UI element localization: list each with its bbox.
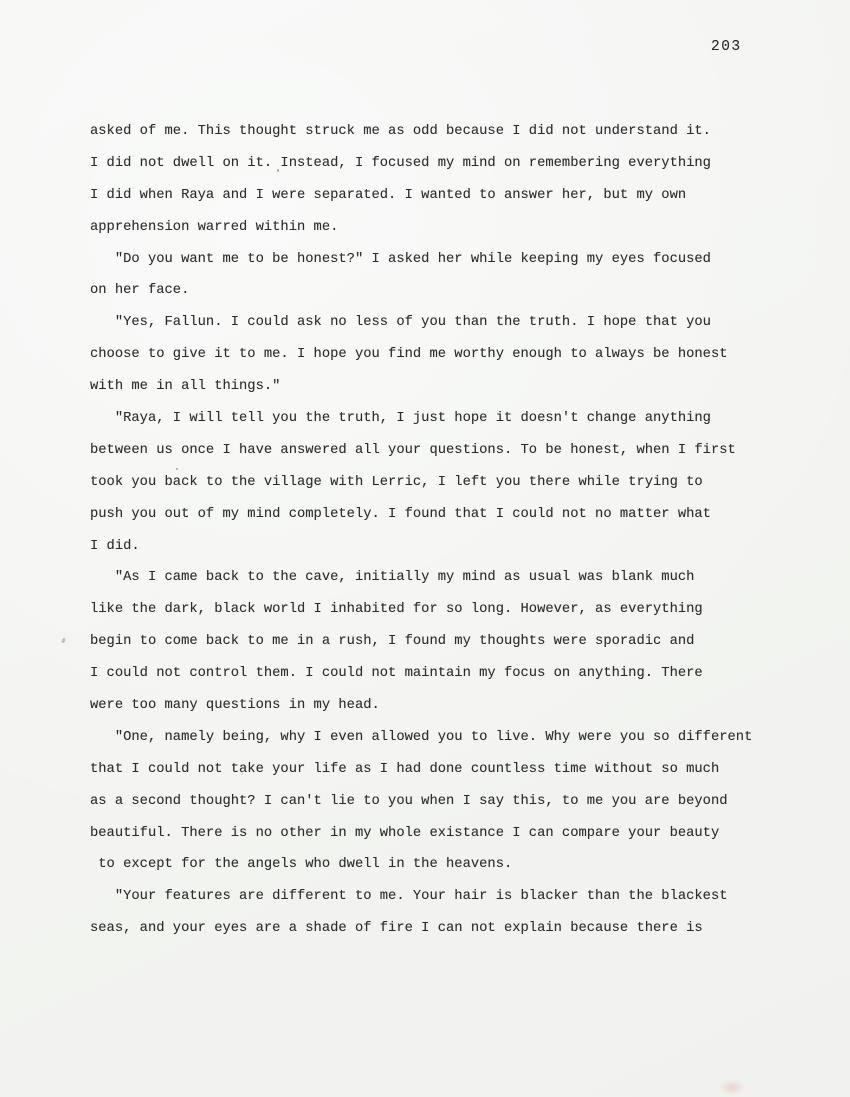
manuscript-line: begin to come back to me in a rush, I fo… xyxy=(90,626,752,658)
manuscript-line: I did. xyxy=(90,531,752,563)
manuscript-line: I did not dwell on it. Instead, I focuse… xyxy=(90,148,752,180)
manuscript-line: "Yes, Fallun. I could ask no less of you… xyxy=(90,307,752,339)
manuscript-line: that I could not take your life as I had… xyxy=(90,754,752,786)
paragraph: "As I came back to the cave, initially m… xyxy=(90,562,752,721)
paragraph: "Your features are different to me. Your… xyxy=(90,881,752,945)
paragraph: "Do you want me to be honest?" I asked h… xyxy=(90,244,752,308)
manuscript-line: were too many questions in my head. xyxy=(90,690,752,722)
manuscript-line: as a second thought? I can't lie to you … xyxy=(90,786,752,818)
pink-smudge xyxy=(718,1079,746,1096)
manuscript-body: asked of me. This thought struck me as o… xyxy=(90,116,752,945)
manuscript-line: took you back to the village with Lerric… xyxy=(90,467,752,499)
manuscript-line: like the dark, black world I inhabited f… xyxy=(90,594,752,626)
paragraph: "One, namely being, why I even allowed y… xyxy=(90,722,752,881)
manuscript-page: 203 asked of me. This thought struck me … xyxy=(0,0,850,1097)
manuscript-line: between us once I have answered all your… xyxy=(90,435,752,467)
manuscript-line: on her face. xyxy=(90,275,752,307)
manuscript-line: "Your features are different to me. Your… xyxy=(90,881,752,913)
manuscript-line: asked of me. This thought struck me as o… xyxy=(90,116,752,148)
manuscript-line: "As I came back to the cave, initially m… xyxy=(90,562,752,594)
manuscript-line: to except for the angels who dwell in th… xyxy=(90,849,752,881)
manuscript-line: push you out of my mind completely. I fo… xyxy=(90,499,752,531)
manuscript-line: beautiful. There is no other in my whole… xyxy=(90,818,752,850)
manuscript-line: "Raya, I will tell you the truth, I just… xyxy=(90,403,752,435)
manuscript-line: with me in all things." xyxy=(90,371,752,403)
manuscript-line: I did when Raya and I were separated. I … xyxy=(90,180,752,212)
manuscript-line: "Do you want me to be honest?" I asked h… xyxy=(90,244,752,276)
paragraph: asked of me. This thought struck me as o… xyxy=(90,116,752,244)
manuscript-line: apprehension warred within me. xyxy=(90,212,752,244)
ink-speck xyxy=(277,169,279,172)
ink-speck xyxy=(176,468,178,470)
manuscript-line: choose to give it to me. I hope you find… xyxy=(90,339,752,371)
manuscript-line: I could not control them. I could not ma… xyxy=(90,658,752,690)
paragraph: "Raya, I will tell you the truth, I just… xyxy=(90,403,752,562)
paragraph: "Yes, Fallun. I could ask no less of you… xyxy=(90,307,752,403)
ink-speck xyxy=(61,638,66,644)
manuscript-line: seas, and your eyes are a shade of fire … xyxy=(90,913,752,945)
manuscript-line: "One, namely being, why I even allowed y… xyxy=(90,722,752,754)
page-number: 203 xyxy=(711,39,742,55)
